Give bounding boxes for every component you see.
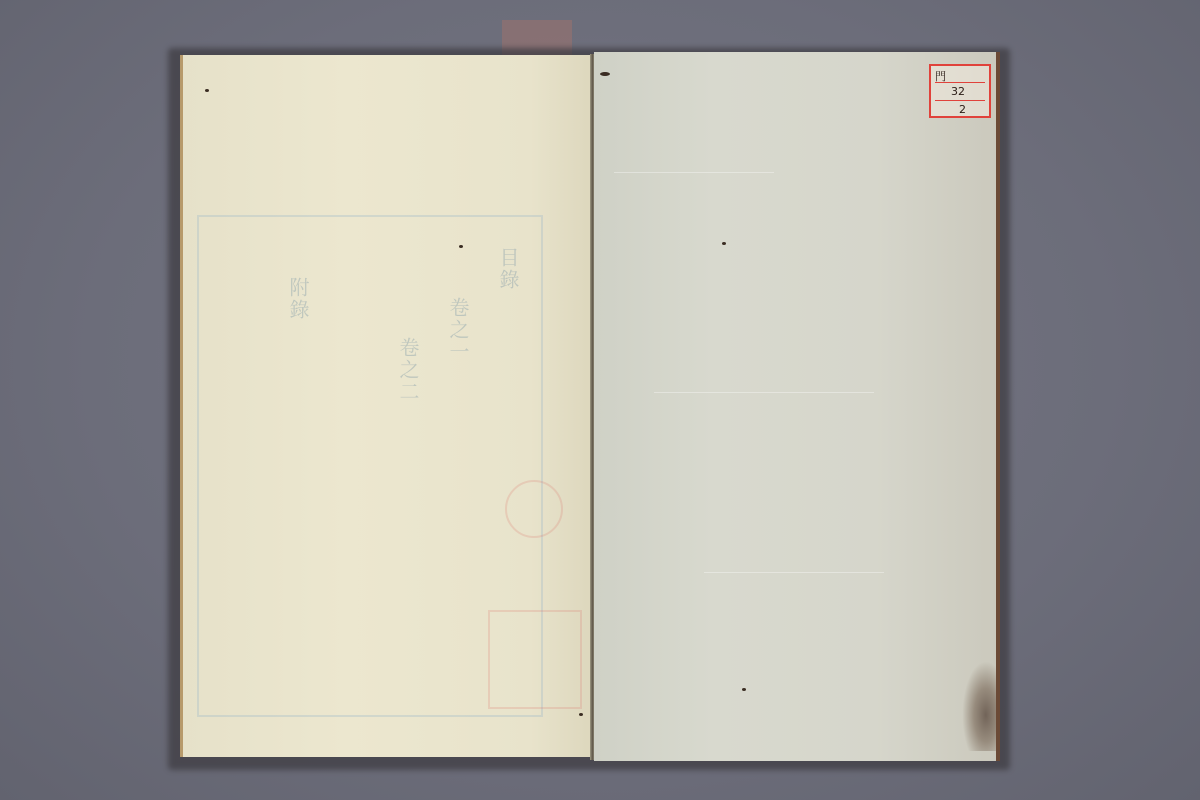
worn-corner bbox=[962, 661, 996, 751]
ghost-square-seal bbox=[488, 610, 582, 709]
ink-speck bbox=[600, 72, 610, 76]
ghost-text-column: 附錄 bbox=[289, 277, 311, 321]
right-page: 門 32 2 bbox=[594, 52, 1000, 761]
stamp-text: 32 bbox=[951, 85, 965, 98]
left-page: 目錄 卷之一 卷之二 附錄 bbox=[180, 55, 592, 757]
ink-speck bbox=[205, 89, 209, 92]
ink-speck bbox=[742, 688, 746, 691]
paper-fiber bbox=[614, 172, 774, 173]
ink-speck bbox=[459, 245, 463, 248]
ghost-text-column: 目錄 bbox=[499, 247, 521, 291]
stamp-text: 2 bbox=[959, 103, 966, 116]
paper-fiber bbox=[704, 572, 884, 573]
library-stamp: 門 32 2 bbox=[929, 64, 991, 118]
ghost-text-column: 卷之一 bbox=[449, 297, 471, 363]
paper-fiber bbox=[654, 392, 874, 393]
ghost-text-column: 卷之二 bbox=[399, 337, 421, 403]
stamp-text: 門 bbox=[935, 68, 946, 84]
ghost-round-seal bbox=[505, 480, 563, 538]
ink-speck bbox=[722, 242, 726, 245]
ink-speck bbox=[579, 713, 583, 716]
